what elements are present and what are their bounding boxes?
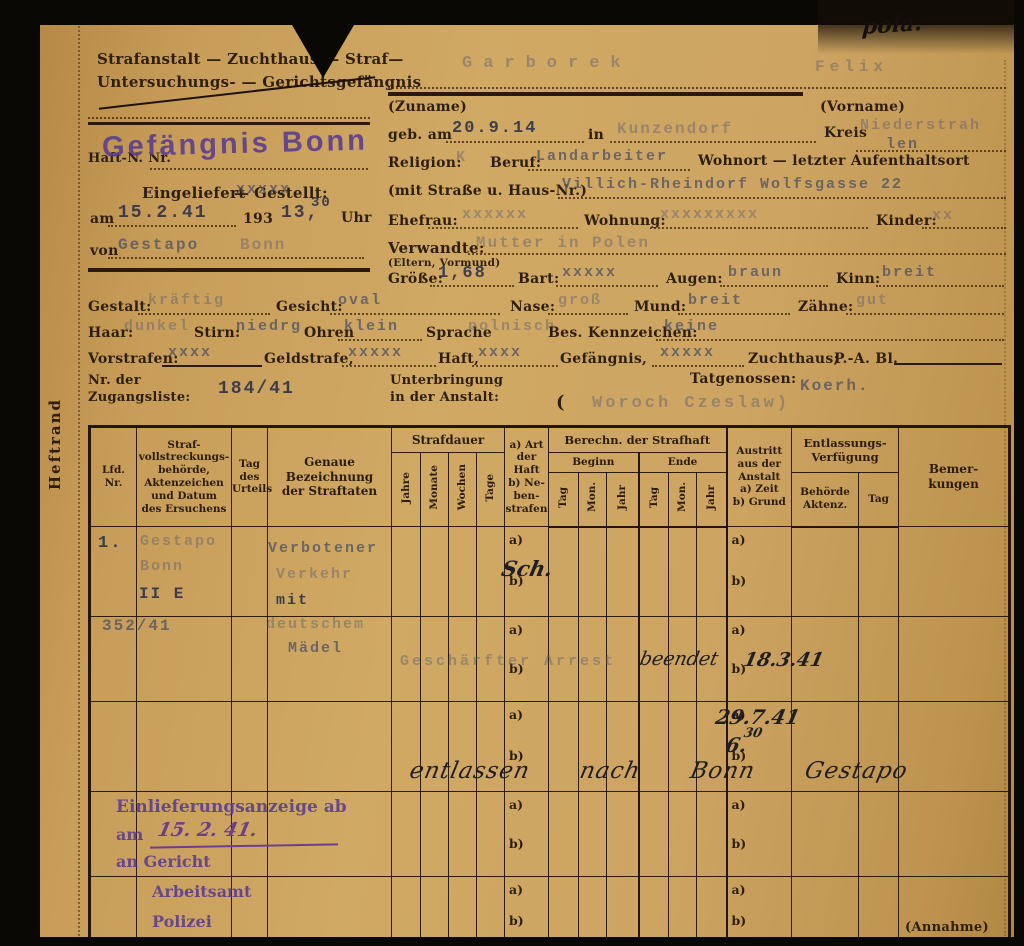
underline bbox=[162, 365, 262, 367]
einlieferung-date-handwriting: 15. 2. 41. bbox=[156, 819, 260, 841]
mark-a: a) bbox=[509, 707, 523, 722]
dotted-rule bbox=[556, 285, 658, 287]
year-prefix: 193 bbox=[243, 211, 273, 227]
table-cell bbox=[669, 792, 697, 877]
dotted-rule bbox=[472, 365, 558, 367]
dotted-rule bbox=[558, 197, 1006, 199]
beard-value: xxxxx bbox=[562, 264, 617, 281]
register-table: Lfd. Nr. Straf- vollstreckungs- behörde,… bbox=[88, 425, 1011, 946]
table-cell bbox=[232, 617, 268, 702]
mark-a: a) bbox=[732, 797, 746, 812]
table-cell bbox=[859, 617, 899, 702]
offense-line-4: deutschem bbox=[266, 616, 365, 633]
uhr-label: Uhr bbox=[341, 210, 372, 226]
accomplices-label: Tatgenossen: bbox=[690, 371, 796, 387]
einlieferung-stamp: Einlieferungsanzeige ab bbox=[116, 797, 347, 817]
form-title-line1: Strafanstalt — Zuchthaus — Straf— bbox=[97, 50, 404, 68]
dotted-rule bbox=[548, 313, 628, 315]
birthplace-value: Kunzendorf bbox=[617, 120, 733, 138]
penitentiary-label: Zuchthaus; bbox=[748, 351, 839, 367]
surname-value: Garborek bbox=[462, 54, 632, 73]
col-header-austritt: Austritt aus der Anstalt a) Zeit b) Grun… bbox=[727, 427, 792, 527]
an-gericht-stamp: an Gericht bbox=[116, 852, 211, 871]
mark-b: b) bbox=[732, 913, 747, 928]
beard-label: Bart: bbox=[518, 271, 559, 287]
children-value: xx bbox=[932, 207, 954, 224]
pa-bl-label: P.-A. Bl. bbox=[834, 351, 898, 367]
perforation-line-left bbox=[78, 26, 80, 936]
table-cell bbox=[392, 527, 421, 617]
table-cell bbox=[899, 617, 1010, 702]
group-header-entlassung: Entlassungs- Verfügung bbox=[792, 427, 899, 473]
dwelling-value: xxxxxxxxx bbox=[660, 206, 759, 223]
wohnort-label: Wohnort — letzter Aufenthaltsort bbox=[698, 153, 970, 169]
row1-authority-1: Gestapo bbox=[140, 533, 217, 550]
gestellt-strikeout: xxxxx bbox=[236, 181, 291, 198]
offense-line-2: Verkehr bbox=[276, 566, 353, 583]
delivered-by-value-2: Bonn bbox=[240, 236, 286, 254]
table-cell bbox=[549, 877, 579, 946]
eyes-value: braun bbox=[728, 264, 783, 281]
dotted-rule bbox=[528, 169, 690, 171]
beendet-handwriting: beendet bbox=[638, 648, 721, 670]
heavy-rule bbox=[388, 92, 803, 96]
fine-label: Geldstrafe, bbox=[264, 351, 354, 367]
table-cell bbox=[669, 877, 697, 946]
dotted-rule bbox=[678, 313, 790, 315]
scan-edge-left bbox=[0, 0, 40, 946]
table-cell: a)b) bbox=[505, 792, 549, 877]
dotted-rule bbox=[656, 339, 1004, 341]
mark-a: a) bbox=[509, 622, 523, 637]
mark-a: a) bbox=[509, 882, 523, 897]
col-header-monate: Monate bbox=[429, 465, 440, 510]
table-cell bbox=[392, 877, 421, 946]
row1-nr: 1. bbox=[98, 534, 122, 553]
release-time-sup: 30 bbox=[742, 726, 763, 741]
chin-value: breit bbox=[882, 264, 937, 281]
table-cell bbox=[90, 702, 137, 792]
language-value: polnisch bbox=[468, 318, 556, 335]
scan-edge-right bbox=[1014, 0, 1024, 946]
col-header-bemerkungen: Bemer- kungen bbox=[899, 427, 1010, 527]
table-cell bbox=[792, 527, 859, 617]
table-cell bbox=[268, 877, 392, 946]
priors-value: xxxx bbox=[168, 344, 212, 361]
dotted-rule bbox=[468, 253, 1006, 255]
dotted-rule bbox=[876, 285, 1004, 287]
mark-a: a) bbox=[732, 622, 746, 637]
table-cell bbox=[579, 792, 607, 877]
table-cell bbox=[697, 792, 727, 877]
table-cell bbox=[232, 527, 268, 617]
mark-b: b) bbox=[732, 573, 747, 588]
dotted-rule bbox=[138, 313, 270, 315]
eyes-label: Augen: bbox=[666, 271, 723, 287]
col-header-ende-mon: Mon. bbox=[677, 482, 688, 512]
table-cell bbox=[639, 792, 669, 877]
col-header-jahre: Jahre bbox=[401, 472, 412, 504]
table-cell bbox=[607, 877, 639, 946]
group-header-strafdauer: Strafdauer bbox=[392, 427, 505, 453]
underline bbox=[894, 363, 1002, 365]
forehead-value: niedrg. bbox=[236, 318, 313, 335]
nose-value: groß bbox=[558, 292, 602, 309]
offense-line-3: mit bbox=[276, 592, 309, 609]
pola-annotation: pola. bbox=[861, 10, 923, 40]
marks-value: keine bbox=[664, 318, 719, 335]
dotted-rule bbox=[338, 339, 422, 341]
build-value: kräftig bbox=[148, 292, 225, 309]
table-cell bbox=[899, 792, 1010, 877]
polizei-stamp: Polizei bbox=[152, 912, 212, 931]
religion-label: Religion: bbox=[388, 155, 462, 171]
zugang-label-1: Nr. der bbox=[88, 373, 141, 388]
table-cell bbox=[549, 792, 579, 877]
table-cell bbox=[792, 877, 859, 946]
dotted-rule bbox=[720, 285, 828, 287]
table-cell: a)b) bbox=[727, 877, 792, 946]
occupation-value: Landarbeiter bbox=[536, 148, 668, 165]
relatives-value: Mutter in Polen bbox=[476, 234, 650, 252]
table-cell bbox=[697, 527, 727, 617]
dotted-rule bbox=[430, 285, 514, 287]
dotted-rule bbox=[856, 150, 1006, 152]
teeth-value: gut bbox=[856, 292, 889, 309]
table-cell bbox=[579, 877, 607, 946]
row1-haft-handwriting: Sch. bbox=[499, 556, 555, 581]
col-header-wochen: Wochen bbox=[457, 464, 468, 510]
annahme-label: (Annahme) bbox=[905, 920, 989, 935]
table-cell bbox=[477, 877, 505, 946]
mark-a: a) bbox=[509, 532, 523, 547]
birthdate-value: 20.9.14 bbox=[452, 119, 537, 138]
wife-value: xxxxxx bbox=[462, 206, 528, 223]
eingeliefert-label: Eingeliefert bbox=[142, 184, 245, 202]
accomplices-note: Koerh. bbox=[800, 377, 870, 395]
col-header-beginn-mon: Mon. bbox=[587, 482, 598, 512]
col-header-tag2: Tag bbox=[859, 473, 899, 527]
prison-label: Gefängnis, bbox=[560, 351, 647, 367]
table-cell bbox=[449, 527, 477, 617]
col-header-lfd-nr: Lfd. Nr. bbox=[90, 427, 137, 527]
dotted-rule bbox=[150, 168, 368, 170]
group-header-ende: Ende bbox=[639, 453, 727, 473]
zugang-nr-value: 184/41 bbox=[218, 379, 295, 399]
offense-line-1: Verbotener bbox=[268, 540, 378, 557]
table-cell bbox=[792, 792, 859, 877]
offense-line-5: Mädel bbox=[288, 640, 343, 657]
row1-authority-2: Bonn bbox=[140, 558, 184, 575]
scanned-prison-record-card: Heftrand Strafanstalt — Zuchthaus — Stra… bbox=[0, 0, 1024, 946]
height-value: 1,68 bbox=[438, 264, 487, 283]
mark-b: b) bbox=[732, 836, 747, 851]
table-cell bbox=[477, 792, 505, 877]
dotted-rule bbox=[652, 365, 744, 367]
table-cell bbox=[392, 792, 421, 877]
table-cell bbox=[859, 792, 899, 877]
dotted-rule bbox=[330, 313, 500, 315]
surname-label: (Zuname) bbox=[388, 99, 467, 115]
mouth-value: breit bbox=[688, 292, 743, 309]
mark-b: b) bbox=[509, 913, 524, 928]
dotted-rule bbox=[342, 365, 436, 367]
birthdate-label: geb. am bbox=[388, 127, 452, 143]
dotted-rule bbox=[446, 141, 584, 143]
religion-value: K bbox=[456, 149, 467, 166]
forename-label: (Vorname) bbox=[820, 99, 905, 115]
mark-a: a) bbox=[509, 797, 523, 812]
table-cell: a)b) bbox=[727, 792, 792, 877]
face-value: oval bbox=[338, 292, 382, 309]
col-header-beginn-jahr: Jahr bbox=[617, 485, 628, 510]
col-header-straftaten: Genaue Bezeichnung der Straftaten bbox=[268, 427, 392, 527]
kreis-value-1: Niederstrah bbox=[860, 117, 981, 134]
dotted-rule bbox=[846, 313, 1004, 315]
end-date-handwriting: 18.3.41 bbox=[742, 649, 826, 671]
card-notch bbox=[292, 25, 354, 78]
col-header-behoerde-aktenz: Behörde Aktenz. bbox=[792, 473, 859, 527]
dotted-rule bbox=[650, 227, 868, 229]
col-header-tag-urteil: Tag des Urteils bbox=[232, 427, 268, 527]
table-cell: a)b) bbox=[505, 877, 549, 946]
table-cell bbox=[90, 877, 137, 946]
table-cell bbox=[421, 792, 449, 877]
row1-file-nr: 352/41 bbox=[102, 617, 172, 635]
hair-value: dunkel bbox=[124, 318, 190, 335]
unterbringung-label-2: in der Anstalt: bbox=[390, 390, 499, 405]
col-header-ende-jahr: Jahr bbox=[706, 485, 717, 510]
zugang-label-2: Zugangsliste: bbox=[88, 390, 191, 405]
table-cell bbox=[607, 792, 639, 877]
table-cell bbox=[859, 527, 899, 617]
heavy-rule bbox=[88, 268, 370, 272]
dotted-rule bbox=[88, 117, 370, 119]
fine-value: xxxxx bbox=[348, 344, 403, 361]
chin-label: Kinn: bbox=[836, 271, 881, 287]
table-cell bbox=[421, 877, 449, 946]
prison-stamp: Gefängnis Bonn bbox=[102, 125, 369, 165]
table-cell bbox=[449, 877, 477, 946]
heftrand-label: Heftrand bbox=[46, 398, 64, 490]
dotted-rule bbox=[922, 227, 1006, 229]
dotted-rule bbox=[610, 141, 816, 143]
table-cell bbox=[669, 527, 697, 617]
table-cell bbox=[268, 702, 392, 792]
table-cell bbox=[899, 702, 1010, 792]
table-cell bbox=[421, 527, 449, 617]
time-minutes-value: 30 bbox=[311, 195, 332, 211]
table-cell bbox=[639, 877, 669, 946]
col-header-beginn-tag: Tag bbox=[558, 487, 569, 508]
release-note-handwriting: entlassen nach Bonn Gestapo bbox=[407, 758, 910, 784]
table-cell bbox=[899, 877, 1010, 946]
einlieferung-am-stamp: am bbox=[116, 825, 143, 844]
paren-open: ( bbox=[556, 392, 565, 413]
table-cell bbox=[697, 877, 727, 946]
mark-a: a) bbox=[732, 882, 746, 897]
arrest-note: Geschärfter Arrest bbox=[400, 653, 616, 670]
table-cell bbox=[232, 702, 268, 792]
table-cell bbox=[549, 527, 579, 617]
col-header-art-haft: a) Art der Haft b) Ne- ben- strafen bbox=[505, 427, 549, 527]
col-header-behoerde: Straf- vollstreckungs- behörde, Aktenzei… bbox=[137, 427, 232, 527]
table-cell: a)b) bbox=[727, 527, 792, 617]
table-cell bbox=[137, 702, 232, 792]
dotted-rule bbox=[108, 225, 236, 227]
row1-authority-3: II E bbox=[139, 585, 185, 603]
mark-a: a) bbox=[732, 532, 746, 547]
mark-b: b) bbox=[509, 836, 524, 851]
arbeitsamt-stamp: Arbeitsamt bbox=[152, 882, 251, 901]
table-cell bbox=[607, 527, 639, 617]
col-header-tage: Tage bbox=[485, 474, 496, 502]
dotted-rule bbox=[428, 227, 578, 229]
forename-value: Felix bbox=[815, 58, 888, 76]
table-cell bbox=[449, 792, 477, 877]
col-header-ende-tag: Tag bbox=[649, 487, 660, 508]
birthplace-in-label: in bbox=[588, 127, 604, 143]
ears-value: klein bbox=[344, 318, 399, 335]
detention-value: xxxx bbox=[478, 344, 522, 361]
prison-value: xxxxx bbox=[660, 344, 715, 361]
dotted-rule bbox=[388, 87, 1006, 89]
unterbringung-label-1: Unterbringung bbox=[390, 373, 503, 388]
table-cell bbox=[639, 527, 669, 617]
group-header-beginn: Beginn bbox=[549, 453, 639, 473]
address-value: Villich-Rheindorf Wolfsgasse 22 bbox=[562, 176, 903, 193]
delivered-date-value: 15.2.41 bbox=[118, 203, 208, 223]
scan-edge-bottom bbox=[0, 937, 1024, 946]
dotted-rule bbox=[108, 257, 364, 259]
group-header-berechn: Berechn. der Strafhaft bbox=[549, 427, 727, 453]
table-cell bbox=[899, 527, 1010, 617]
forehead-label: Stirn: bbox=[194, 325, 240, 341]
table-cell bbox=[579, 527, 607, 617]
accomplice-name-value: Woroch Czeslaw) bbox=[592, 394, 790, 413]
delivered-by-value-1: Gestapo bbox=[118, 236, 199, 254]
table-cell bbox=[859, 877, 899, 946]
